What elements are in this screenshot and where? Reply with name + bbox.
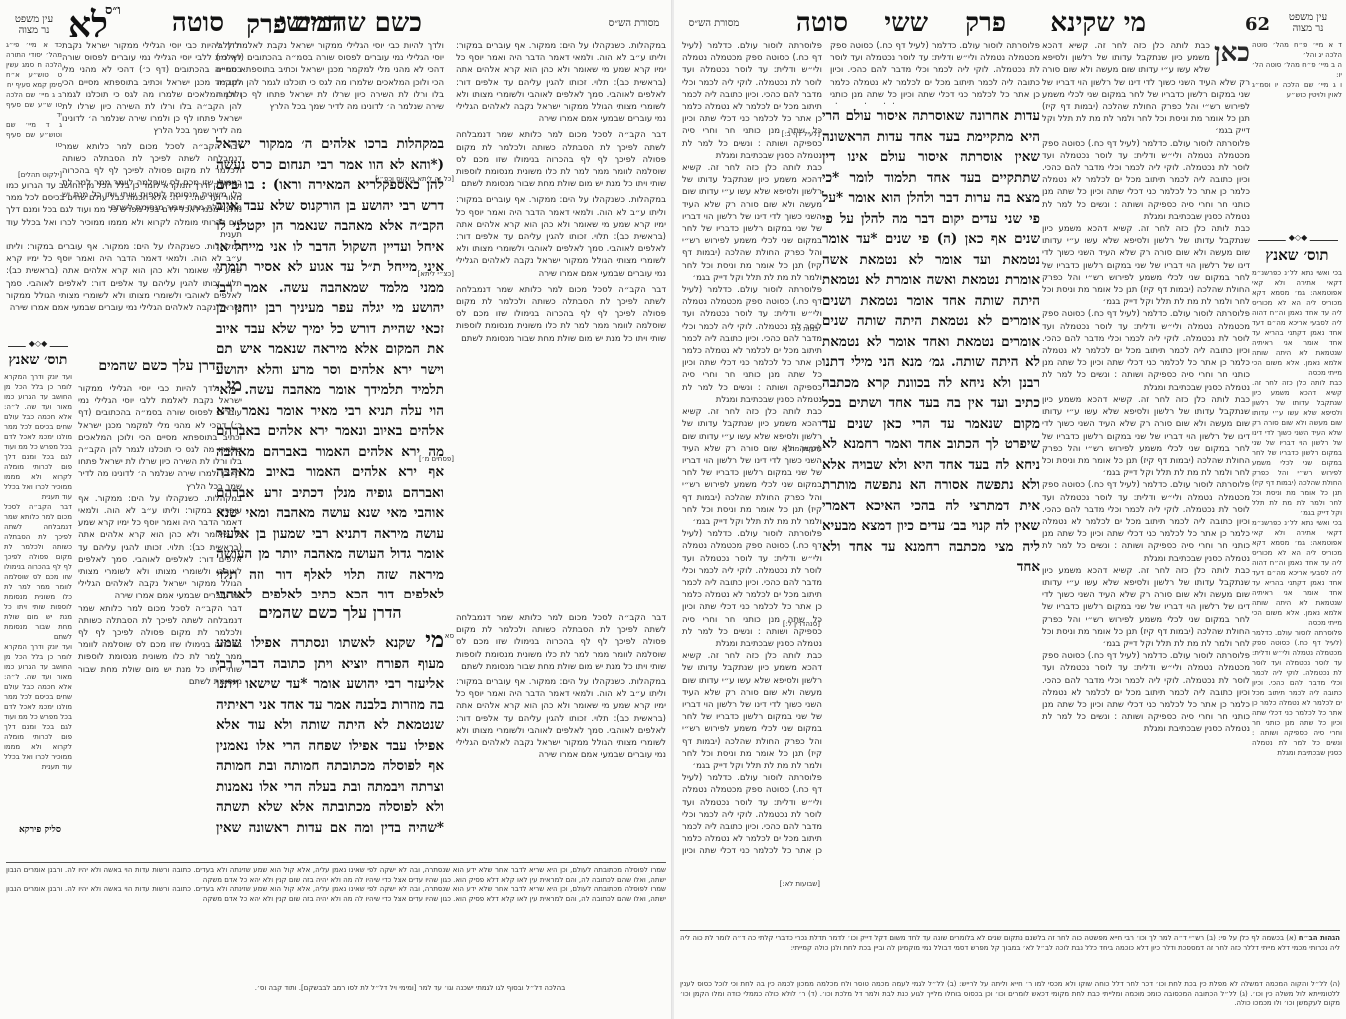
tractate-name: סוטה	[796, 8, 848, 38]
ein-mishpat-label: עין משפט נר מצוה	[1282, 12, 1334, 34]
rashi-text-cont-3: דבר הקב״ה לסכל מכום למר כלותא שמר דנמבלח…	[456, 284, 666, 345]
footer-note: בהלכה דל״ל ובסוף לגו לגמתי ישכנה וגו׳ עד…	[200, 984, 620, 996]
selik-pirka: סליק פירקא	[10, 824, 70, 835]
tosafot-shantz-text: ועד יונק ודרך המקרא לומר כן בלל הכל מן ה…	[4, 372, 72, 852]
gemara-text: במקהלות ברכו אלהים ה׳ ממקור ישראל (*והא …	[216, 134, 444, 598]
rashi-text-cont-2: במקהלות. כשנקהלו על הים: ממקור. אף עוברי…	[456, 194, 666, 279]
tosafot-commentary: פלוסרתה לוסור עולם. כדלמר (לעיל דף כח.) …	[682, 40, 822, 860]
opening-word: כאן	[1214, 40, 1250, 66]
hadran-left: הדרן עלך כשם שהמים	[80, 358, 242, 375]
tractate-name: סוטה	[172, 8, 224, 38]
left-page: מסורת הש״ס כשם שהמים פרק חמישי סוטה ו״ס …	[0, 0, 672, 1019]
gemara-text: עדות אחרונה שאוסרתה איסור עולם הרי היא מ…	[822, 106, 1040, 836]
rashi-commentary: במקהלות. כשנקהלו על הים: ממקור. אף עוברי…	[456, 40, 666, 610]
rashi-commentary: כאן כבת לותה כלן כזה לחר זה. קשיא דהכא מ…	[1042, 40, 1250, 860]
perek-label: פרק	[965, 8, 1006, 38]
commentary-block: ועד יונק ודרך המקרא לומר כן בלל הכל מן ה…	[6, 180, 242, 340]
ornament-divider	[8, 342, 68, 350]
right-page: עין משפט נר מצוה 62 מי שקינא פרק ששי סוט…	[674, 0, 1346, 1019]
hagahot-title: הגהות הב״ח	[1299, 934, 1340, 942]
mishnah-opening-word: מי	[425, 630, 444, 653]
rashi-text: במקהלות. כשנקהלו על הים: ממקור. אף עוברי…	[456, 40, 666, 125]
chapter-title: מי שקינא	[1050, 8, 1146, 38]
ein-mishpat-column: כד א מיי׳ פי״ג מהל׳ יסודי התורה הלכה ח ס…	[6, 40, 62, 190]
tosafot-lower: מי ולדך להיות כבי יוסי הגלילי ממקור ישרא…	[78, 380, 242, 850]
footer-notes: (ה) לל״ל והקוה המכמה דמשלה לא מפלת כין ב…	[680, 980, 1340, 1016]
rashi-text-cont: דבר הקב״ה לסכל מכום למר כלותא שמר דנמבלח…	[456, 129, 666, 190]
side-note: סא	[445, 632, 454, 640]
bottom-notes: שמרו לפוסלה מכתובתה לעולם, וכן היא שריא …	[6, 866, 666, 952]
rashi-lower: דבר הקב״ה לסכל מכום למר כלותא שמר דנמבלח…	[456, 612, 666, 862]
side-note: [שבועות לא:]	[779, 880, 820, 888]
ein-mishpat-label: עין משפט נר מצוה	[8, 14, 60, 36]
tosafot-shantz-title: תוס׳ שאנץ	[1252, 246, 1342, 265]
tosafot-shantz-title: תוס׳ שאנץ	[4, 352, 72, 369]
masoret-hashas-label: מסורת הש״ס	[684, 18, 744, 29]
rashi-over-gemara: פלוסרתה לוסור עולם. כדלמר (לעיל דף כח.) …	[830, 40, 1040, 104]
hadran-title: הדרן עלך כשם שהמים	[216, 603, 444, 623]
perek-number: חמישי	[279, 8, 342, 38]
rashi-over-gemara: ולדך להיות כבי יוסי הגלילי ממקור ישראל נ…	[216, 40, 444, 136]
mishnah-text: מי שקנא לאשתו ונסתרה אפילו שמע מעוף הפור…	[216, 630, 444, 840]
masoret-hashas-label: מסורת הש״ס	[604, 18, 664, 29]
ein-mishpat-column: ד א מיי׳ פ״ח מהל׳ סוטה הלכה יג והל׳ ה ב …	[1252, 40, 1342, 230]
ornament-divider	[1258, 236, 1338, 244]
tosafot-shantz-text: בכי ואשי נתא לל׳נ כפרשנ״מ דקאי אתירה ולא…	[1252, 268, 1342, 858]
page-number: 62	[1245, 14, 1270, 35]
perek-number: ששי	[884, 8, 928, 38]
hagahot-habach: הגהות הב״ח (א) בכשמה לף כלן על פי: (ב) ר…	[680, 934, 1340, 974]
